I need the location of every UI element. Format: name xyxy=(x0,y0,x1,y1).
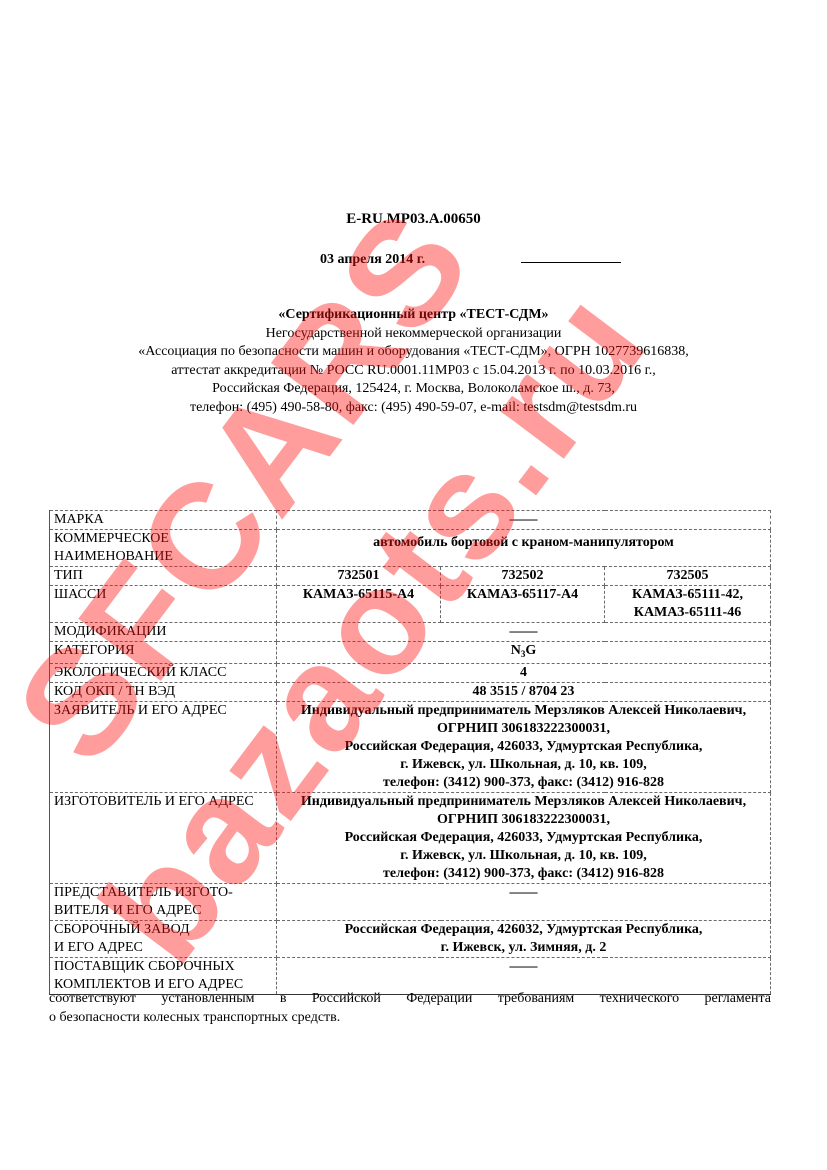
table-row: ЭКОЛОГИЧЕСКИЙ КЛАСС 4 xyxy=(50,664,771,683)
row-label-manufacturer: ИЗГОТОВИТЕЛЬ И ЕГО АДРЕС xyxy=(50,793,277,884)
conformity-statement: соответствуют установленным в Российской… xyxy=(49,990,771,1027)
row-label-category: КАТЕГОРИЯ xyxy=(50,642,277,664)
label-line: ПРЕДСТАВИТЕЛЬ ИЗГОТО- xyxy=(54,884,272,902)
row-value-applicant: Индивидуальный предприниматель Мерзляков… xyxy=(277,702,771,793)
applicant-line: ОГРНИП 306183222300031, xyxy=(281,720,766,738)
row-label-chassis: ШАССИ xyxy=(50,586,277,623)
type-value: 732502 xyxy=(441,567,605,586)
row-value-representative: —— xyxy=(277,884,771,921)
table-row: ТИП 732501 732502 732505 xyxy=(50,567,771,586)
type-value: 732505 xyxy=(605,567,771,586)
table-row: МОДИФИКАЦИИ —— xyxy=(50,623,771,642)
table-row: ПОСТАВЩИК СБОРОЧНЫХ КОМПЛЕКТОВ И ЕГО АДР… xyxy=(50,958,771,995)
row-label-applicant: ЗАЯВИТЕЛЬ И ЕГО АДРЕС xyxy=(50,702,277,793)
conformity-line: о безопасности колесных транспортных сре… xyxy=(49,1010,340,1025)
table-row: МАРКА —— xyxy=(50,511,771,530)
table-row: КОД ОКП / ТН ВЭД 48 3515 / 8704 23 xyxy=(50,683,771,702)
chassis-line: КАМАЗ-65111-42, xyxy=(609,586,766,604)
category-main: N xyxy=(511,643,521,658)
manufacturer-line: ОГРНИП 306183222300031, xyxy=(281,811,766,829)
org-line: Российская Федерация, 125424, г. Москва,… xyxy=(0,380,827,399)
manufacturer-line: г. Ижевск, ул. Школьная, д. 10, кв. 109, xyxy=(281,847,766,865)
document-date: 03 апреля 2014 г. xyxy=(320,252,425,268)
applicant-line: г. Ижевск, ул. Школьная, д. 10, кв. 109, xyxy=(281,756,766,774)
label-line: ВИТЕЛЯ И ЕГО АДРЕС xyxy=(54,902,272,920)
chassis-line: КАМАЗ-65111-46 xyxy=(609,604,766,622)
table-row: КОММЕРЧЕСКОЕ НАИМЕНОВАНИЕ автомобиль бор… xyxy=(50,530,771,567)
row-value-commercial-name: автомобиль бортовой с краном-манипулятор… xyxy=(277,530,771,567)
row-label-marka: МАРКА xyxy=(50,511,277,530)
row-value-category: N3G xyxy=(277,642,771,664)
org-line: аттестат аккредитации № РОСС RU.0001.11М… xyxy=(0,362,827,381)
row-label-representative: ПРЕДСТАВИТЕЛЬ ИЗГОТО- ВИТЕЛЯ И ЕГО АДРЕС xyxy=(50,884,277,921)
row-label-type: ТИП xyxy=(50,567,277,586)
row-label-assembly-plant: СБОРОЧНЫЙ ЗАВОД И ЕГО АДРЕС xyxy=(50,921,277,958)
table-row: ЗАЯВИТЕЛЬ И ЕГО АДРЕС Индивидуальный пре… xyxy=(50,702,771,793)
conformity-line: соответствуют установленным в Российской… xyxy=(49,990,771,1009)
manufacturer-line: Индивидуальный предприниматель Мерзляков… xyxy=(281,793,766,811)
manufacturer-line: телефон: (3412) 900-373, факс: (3412) 91… xyxy=(281,865,766,883)
row-value-eco-class: 4 xyxy=(277,664,771,683)
applicant-line: телефон: (3412) 900-373, факс: (3412) 91… xyxy=(281,774,766,792)
row-value-manufacturer: Индивидуальный предприниматель Мерзляков… xyxy=(277,793,771,884)
label-line: И ЕГО АДРЕС xyxy=(54,939,272,957)
row-label-kit-supplier: ПОСТАВЩИК СБОРОЧНЫХ КОМПЛЕКТОВ И ЕГО АДР… xyxy=(50,958,277,995)
org-title: «Сертификационный центр «ТЕСТ-СДМ» xyxy=(0,306,827,325)
org-line: телефон: (495) 490-58-80, факс: (495) 49… xyxy=(0,399,827,418)
category-suffix: G xyxy=(525,643,536,658)
signature-line xyxy=(521,262,621,263)
row-value-assembly-plant: Российская Федерация, 426032, Удмуртская… xyxy=(277,921,771,958)
date-row: 03 апреля 2014 г. xyxy=(0,252,827,272)
table-row: ПРЕДСТАВИТЕЛЬ ИЗГОТО- ВИТЕЛЯ И ЕГО АДРЕС… xyxy=(50,884,771,921)
applicant-line: Индивидуальный предприниматель Мерзляков… xyxy=(281,702,766,720)
org-line: «Ассоциация по безопасности машин и обор… xyxy=(0,343,827,362)
assembly-line: г. Ижевск, ул. Зимняя, д. 2 xyxy=(281,939,766,957)
table-row: КАТЕГОРИЯ N3G xyxy=(50,642,771,664)
table-row: ШАССИ КАМАЗ-65115-А4 КАМАЗ-65117-А4 КАМА… xyxy=(50,586,771,623)
row-label-modifications: МОДИФИКАЦИИ xyxy=(50,623,277,642)
manufacturer-line: Российская Федерация, 426033, Удмуртская… xyxy=(281,829,766,847)
row-value-okp-code: 48 3515 / 8704 23 xyxy=(277,683,771,702)
assembly-line: Российская Федерация, 426032, Удмуртская… xyxy=(281,921,766,939)
type-value: 732501 xyxy=(277,567,441,586)
certification-body: «Сертификационный центр «ТЕСТ-СДМ» Негос… xyxy=(0,306,827,417)
row-value-kit-supplier: —— xyxy=(277,958,771,995)
certificate-page: E-RU.MP03.A.00650 03 апреля 2014 г. «Сер… xyxy=(0,0,827,1170)
chassis-value: КАМАЗ-65111-42,КАМАЗ-65111-46 xyxy=(605,586,771,623)
chassis-value: КАМАЗ-65117-А4 xyxy=(441,586,605,623)
row-value-modifications: —— xyxy=(277,623,771,642)
applicant-line: Российская Федерация, 426033, Удмуртская… xyxy=(281,738,766,756)
org-line: Негосударственной некоммерческой организ… xyxy=(0,325,827,344)
row-label-okp-code: КОД ОКП / ТН ВЭД xyxy=(50,683,277,702)
chassis-value: КАМАЗ-65115-А4 xyxy=(277,586,441,623)
label-line: ПОСТАВЩИК СБОРОЧНЫХ xyxy=(54,958,272,976)
table-row: СБОРОЧНЫЙ ЗАВОД И ЕГО АДРЕС Российская Ф… xyxy=(50,921,771,958)
vehicle-spec-table: МАРКА —— КОММЕРЧЕСКОЕ НАИМЕНОВАНИЕ автом… xyxy=(49,510,771,995)
row-label-eco-class: ЭКОЛОГИЧЕСКИЙ КЛАСС xyxy=(50,664,277,683)
label-line: СБОРОЧНЫЙ ЗАВОД xyxy=(54,921,272,939)
document-number: E-RU.MP03.A.00650 xyxy=(0,211,827,228)
row-value-marka: —— xyxy=(277,511,771,530)
table-row: ИЗГОТОВИТЕЛЬ И ЕГО АДРЕС Индивидуальный … xyxy=(50,793,771,884)
row-label-commercial-name: КОММЕРЧЕСКОЕ НАИМЕНОВАНИЕ xyxy=(50,530,277,567)
